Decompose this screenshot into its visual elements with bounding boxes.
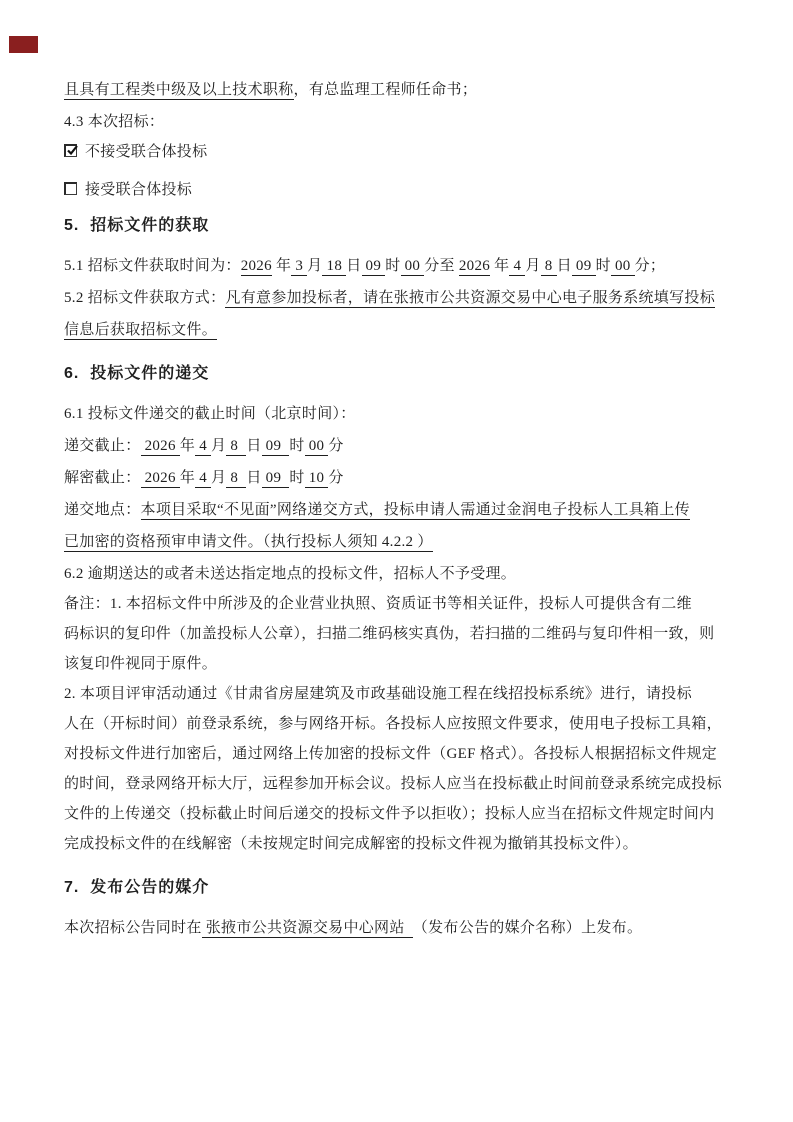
clause-4-3: 4.3 本次招标： [64,111,727,133]
underlined-text: 信息后获取招标文件。 [64,322,217,340]
text-segment: 完成投标文件的在线解密（未按规定时间完成解密的投标文件视为撤销其投标文件）。 [64,836,638,852]
underlined-text: 2026 [241,258,272,276]
text-segment: 解密截止： [64,470,141,486]
unchecked-checkbox-icon[interactable] [64,182,77,195]
remark-2-line-1: 2. 本项目评审活动通过《甘肃省房屋建筑及市政基础设施工程在线招投标系统》进行，… [64,683,727,705]
remark-2-line-5: 文件的上传递交（投标截止时间后递交的投标文件予以拒收）；投标人应当在招标文件规定… [64,803,727,825]
text-segment: 本次招标公告同时在 [64,920,202,936]
text-segment: 备注：1. 本招标文件中所涉及的企业营业执照、资质证书等相关证件，投标人可提供含… [64,596,692,612]
text-segment: 该复印件视同于原件。 [64,656,217,672]
underlined-text: 10 [305,470,329,488]
remark-2-line-3: 对投标文件进行加密后，通过网络上传加密的投标文件（GEF 格式）。各投标人根据招… [64,743,727,765]
text-segment: 月 [211,470,226,486]
text-segment: 年 [272,258,291,274]
text-segment: 年 [180,438,195,454]
underlined-text: 2026 [459,258,490,276]
text-segment: 日 [557,258,572,274]
text-segment: （发布公告的媒介名称）上发布。 [413,920,643,936]
text-segment: 5.2 招标文件获取方式： [64,290,225,306]
remark-1-line-2: 码标识的复印件（加盖投标人公章），扫描二维码核实真伪，若扫描的二维码与复印件相一… [64,623,727,645]
text-segment: 时 [289,470,304,486]
underlined-text: 2026 [141,470,180,488]
text-segment: 2. 本项目评审活动通过《甘肃省房屋建筑及市政基础设施工程在线招投标系统》进行，… [64,686,692,702]
text-segment: 月 [307,258,322,274]
remark-1-line-1: 备注：1. 本招标文件中所涉及的企业营业执照、资质证书等相关证件，投标人可提供含… [64,593,727,615]
text-segment: 分至 [424,258,459,274]
text-segment: 文件的上传递交（投标截止时间后递交的投标文件予以拒收）；投标人应当在招标文件规定… [64,806,714,822]
underlined-text: 09 [362,258,386,276]
underlined-text: 09 [262,470,290,488]
text-segment: 月 [525,258,540,274]
text-segment: 分 [328,438,343,454]
underlined-text: 2026 [141,438,180,456]
underlined-text: 已加密的资格预审申请文件。（执行投标人须知 4.2.2 ） [64,534,433,552]
text-segment: 月 [211,438,226,454]
checkbox-option-joint-venture: 接受联合体投标 [64,179,727,201]
text-segment: 时 [385,258,400,274]
underlined-text: 09 [572,258,596,276]
text-segment: 日 [246,470,261,486]
clause-6-2-late-delivery: 6.2 逾期送达的或者未送达指定地点的投标文件，招标人不予受理。 [64,563,727,585]
text-segment: 4.3 本次招标： [64,114,164,130]
section-5-heading: 5. 招标文件的获取 [64,215,727,237]
text-segment: 递交地点： [64,502,141,518]
section-7-heading: 7. 发布公告的媒介 [64,877,727,899]
text-segment: 日 [346,258,361,274]
page-corner-artifact [9,36,38,53]
text-segment: 递交截止： [64,438,141,454]
underlined-text: 张掖市公共资源交易中心网站 [202,920,413,938]
checked-checkbox-icon[interactable] [64,144,77,157]
text-segment: ，有总监理工程师任命书； [294,82,478,98]
checkbox-option-no-joint-venture: 不接受联合体投标 [64,141,727,163]
text-segment: 年 [490,258,509,274]
remark-2-line-2: 人在（开标时间）前登录系统，参与网络开标。各投标人应按照文件要求，使用电子投标工… [64,713,727,735]
underlined-text: 4 [195,470,211,488]
text-segment: 年 [180,470,195,486]
underlined-text: 凡有意参加投标者，请在张掖市公共资源交易中心电子服务系统填写投标 [225,290,715,308]
underlined-text: 本项目采取“不见面”网络递交方式，投标申请人需通过金润电子投标人工具箱上传 [141,502,690,520]
underlined-text: 18 [322,258,346,276]
clause-5-2-continued: 信息后获取招标文件。 [64,319,727,341]
text-segment: 7. 发布公告的媒介 [64,879,209,896]
remark-1-line-3: 该复印件视同于原件。 [64,653,727,675]
text-segment: 分 [328,470,343,486]
underlined-text: 4 [509,258,525,276]
document-page: 且具有工程类中级及以上技术职称，有总监理工程师任命书；4.3 本次招标：不接受联… [0,0,793,1122]
text-segment: 6.2 逾期送达的或者未送达指定地点的投标文件，招标人不予受理。 [64,566,516,582]
underlined-text: 00 [401,258,425,276]
text-segment: 5. 招标文件的获取 [64,217,209,234]
document-content: 且具有工程类中级及以上技术职称，有总监理工程师任命书；4.3 本次招标：不接受联… [0,0,793,939]
underlined-text: 且具有工程类中级及以上技术职称 [64,82,294,100]
clause-6-1-deadline-title: 6.1 投标文件递交的截止时间（北京时间）： [64,403,727,425]
underlined-text: 4 [195,438,211,456]
underlined-text: 8 [226,470,246,488]
remark-2-line-4: 的时间，登录网络开标大厅，远程参加开标会议。投标人应当在投标截止时间前登录系统完… [64,773,727,795]
underlined-text: 3 [291,258,307,276]
text-segment: 日 [246,438,261,454]
submission-place-continued: 已加密的资格预审申请文件。（执行投标人须知 4.2.2 ） [64,531,727,553]
text-segment: 6. 投标文件的递交 [64,365,209,382]
underlined-text: 09 [262,438,290,456]
clause-5-2-obtain-method: 5.2 招标文件获取方式：凡有意参加投标者，请在张掖市公共资源交易中心电子服务系… [64,287,727,309]
submission-place-line: 递交地点：本项目采取“不见面”网络递交方式，投标申请人需通过金润电子投标人工具箱… [64,499,727,521]
decryption-deadline-line: 解密截止： 2026 年 4 月 8 日 09 时 10 分 [64,467,727,489]
announcement-media-line: 本次招标公告同时在 张掖市公共资源交易中心网站 （发布公告的媒介名称）上发布。 [64,917,727,939]
text-segment: 时 [596,258,611,274]
underlined-text: 00 [611,258,635,276]
text-segment: 6.1 投标文件递交的截止时间（北京时间）： [64,406,356,422]
text-segment: 不接受联合体投标 [85,144,207,160]
clause-5-1-obtain-time: 5.1 招标文件获取时间为：2026 年 3 月 18 日 09 时 00 分至… [64,255,727,277]
cert-requirement-line: 且具有工程类中级及以上技术职称，有总监理工程师任命书； [64,79,727,101]
submission-deadline-line: 递交截止： 2026 年 4 月 8 日 09 时 00 分 [64,435,727,457]
text-segment: 5.1 招标文件获取时间为： [64,258,241,274]
underlined-text: 00 [305,438,329,456]
section-6-heading: 6. 投标文件的递交 [64,363,727,385]
text-segment: 时 [289,438,304,454]
text-segment: 码标识的复印件（加盖投标人公章），扫描二维码核实真伪，若扫描的二维码与复印件相一… [64,626,714,642]
text-segment: 分； [635,258,666,274]
underlined-text: 8 [226,438,246,456]
text-segment: 的时间，登录网络开标大厅，远程参加开标会议。投标人应当在投标截止时间前登录系统完… [64,776,722,792]
remark-2-line-6: 完成投标文件的在线解密（未按规定时间完成解密的投标文件视为撤销其投标文件）。 [64,833,727,855]
text-segment: 对投标文件进行加密后，通过网络上传加密的投标文件（GEF 格式）。各投标人根据招… [64,746,717,762]
underlined-text: 8 [541,258,557,276]
text-segment: 接受联合体投标 [85,182,192,198]
text-segment: 人在（开标时间）前登录系统，参与网络开标。各投标人应按照文件要求，使用电子投标工… [64,716,722,732]
